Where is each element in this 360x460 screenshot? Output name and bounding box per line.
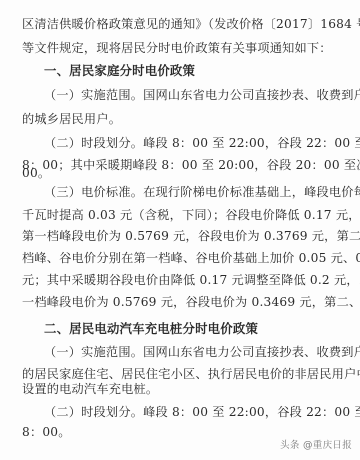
text-line: 千瓦时提高 0.03 元（含税，下同）；谷段电价降低 0.17 元，即 xyxy=(22,207,360,223)
text-line: （三）电价标准。在现行阶梯电价标准基础上，峰段电价每 xyxy=(44,184,360,200)
section-heading-2: 二、居民电动汽车充电桩分时电价政策 xyxy=(44,321,258,337)
text-line: （一）实施范围。国网山东省电力公司直接抄表、收费到户 xyxy=(44,87,360,103)
text-line: 8：00；其中采暖期峰段 8：00 至 20:00，谷段 20：00 至次日 8… xyxy=(22,157,360,173)
text-line: 设置的电动汽车充电桩。 xyxy=(22,381,158,397)
watermark: 头条 @重庆日报 xyxy=(280,437,352,451)
text-line: 00。 xyxy=(22,165,50,181)
text-line: 等文件规定，现将居民分时电价政策有关事项通知如下： xyxy=(22,40,332,56)
text-line: 区清洁供暖价格政策意见的通知》（发改价格〔2017〕1684 号） xyxy=(22,16,360,32)
text-line: 8：00。 xyxy=(22,424,71,440)
text-line: （二）时段划分。峰段 8：00 至 22:00，谷段 22：00 至次日 xyxy=(44,135,360,151)
document-page: 区清洁供暖价格政策意见的通知》（发改价格〔2017〕1684 号） 等文件规定，… xyxy=(0,0,360,460)
text-line: 档峰、谷电价分别在第一档峰、谷电价基础上加价 0.05 元、0.3 xyxy=(22,250,360,266)
text-line: （一）实施范围。国网山东省电力公司直接抄表、收费到户 xyxy=(44,344,360,360)
section-heading-1: 一、居民家庭分时电价政策 xyxy=(44,63,195,79)
text-line: 的居民家庭住宅、居民住宅小区、执行居民电价的非居民用户中 xyxy=(22,366,360,382)
text-line: 第一档峰段电价为 0.5769 元，谷段电价为 0.3769 元，第二、三 xyxy=(22,228,360,244)
text-line: （二）时段划分。峰段 8：00 至 22:00，谷段 22：00 至次日 xyxy=(44,404,360,420)
text-line: 一档峰段电价为 0.5769 元，谷段电价为 0.3469 元，第二、三档 xyxy=(22,294,360,310)
text-line: 元；其中采暖期谷段电价由降低 0.17 元调整至降低 0.2 元，即第 xyxy=(22,272,360,288)
text-line: 的城乡居民用户。 xyxy=(22,111,121,127)
